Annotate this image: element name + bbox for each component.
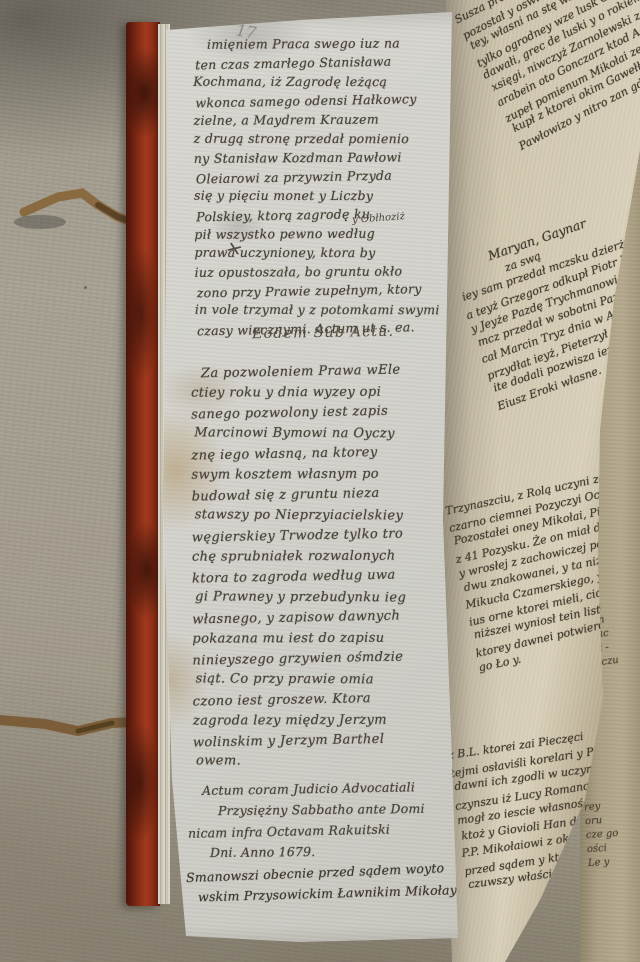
book-spine <box>126 22 160 906</box>
handwriting-line: wolinskim y Jerzym Barthel <box>193 729 453 754</box>
manuscript-photo: kit,urżonSzaknecRacu wenpu nSnacnet -Rac… <box>0 0 640 962</box>
handwriting-line: ten czas zmarłego Stanisława <box>195 51 451 75</box>
handwriting-line: z drugą stronę przedał pomienio <box>194 129 450 148</box>
stone-speck <box>84 286 87 289</box>
entry-paragraph-1: imięniem Praca swego iuz naten czas zmar… <box>193 33 451 339</box>
right-page-text-block: Susza prest y ono t ka y Gapozostał y os… <box>452 0 640 152</box>
handwriting-line: budował się z gruntu nieza <box>191 483 451 508</box>
section-heading: Eodem Sub Actu. <box>252 324 394 342</box>
handwriting-line: zono przy Prawie zupełnym, ktory <box>197 279 453 303</box>
handwriting-line: ktora to zagroda według uwa <box>192 565 452 590</box>
handwriting-line: zielne, a Maydrem Krauzem <box>193 109 449 130</box>
handwriting-line: sanego pozwolony iest zapis <box>191 401 451 426</box>
handwriting-line: Oleiarowi za przywzin Przyda <box>196 165 452 189</box>
illegible-handwriting-line: Le y <box>588 855 621 871</box>
handwriting-line: ninieyszego grzywien ośmdzie <box>192 647 452 672</box>
illegible-handwriting-line: cze go <box>586 827 619 843</box>
far-page-text: reyorucze goościLe y <box>584 799 621 871</box>
closing-formula: Actum coram Judicio AdvocatialiPrzysiężn… <box>186 778 454 904</box>
entry-paragraph-2: Za pozwoleniem Prawa wElectiey roku y dn… <box>191 361 453 772</box>
handwriting-line: owem. <box>196 751 456 773</box>
